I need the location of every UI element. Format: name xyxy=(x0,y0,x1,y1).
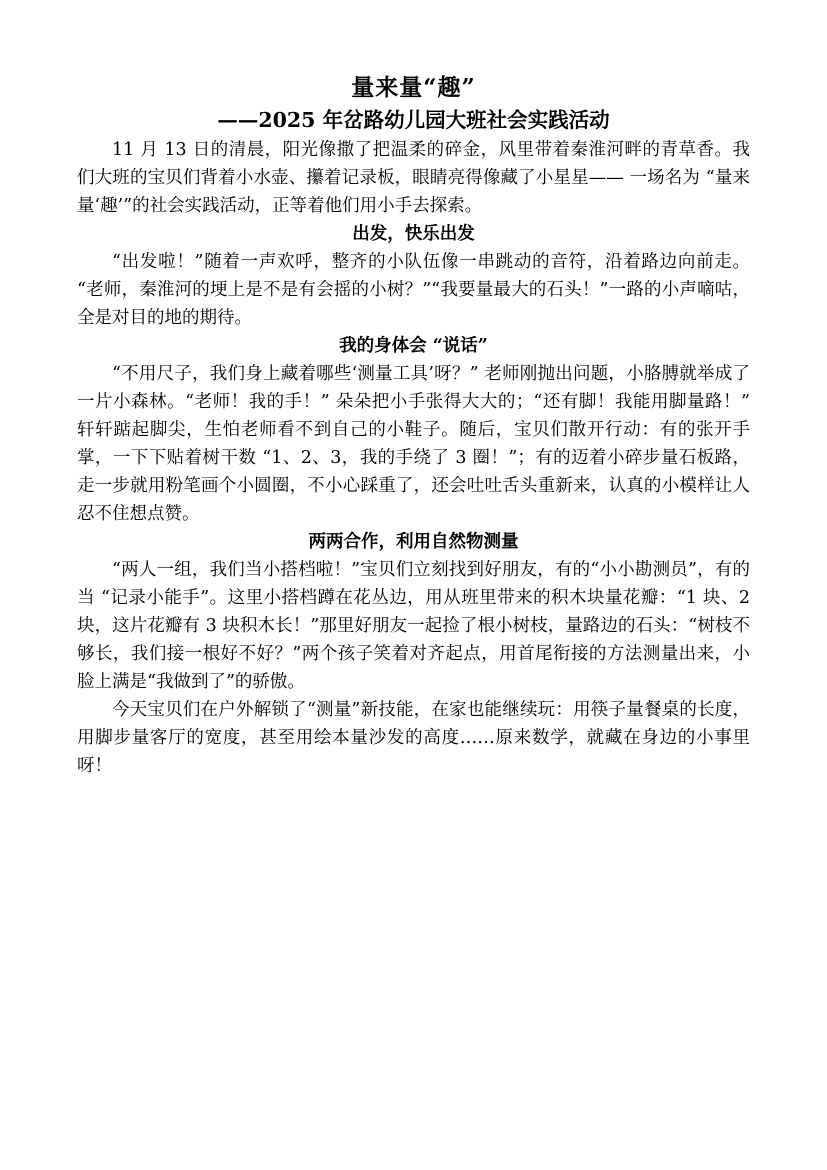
section-heading-departure: 出发，快乐出发 xyxy=(77,220,750,248)
document-page: 量来量“趣” ——2025 年岔路幼儿园大班社会实践活动 11 月 13 日的清… xyxy=(0,0,827,1170)
paragraph-intro: 11 月 13 日的清晨，阳光像撒了把温柔的碎金，风里带着秦淮河畔的青草香。我们… xyxy=(77,136,750,220)
doc-subtitle: ——2025 年岔路幼儿园大班社会实践活动 xyxy=(77,104,750,136)
paragraph-body-measure: “不用尺子，我们身上藏着哪些‘测量工具’呀？” 老师刚抛出问题，小胳膊就举成了一… xyxy=(77,360,750,528)
doc-title: 量来量“趣” xyxy=(77,72,750,104)
paragraph-closing: 今天宝贝们在户外解锁了“测量”新技能，在家也能继续玩：用筷子量餐桌的长度，用脚步… xyxy=(77,696,750,780)
paragraph-departure: “出发啦！”随着一声欢呼，整齐的小队伍像一串跳动的音符，沿着路边向前走。“老师，… xyxy=(77,248,750,332)
section-heading-pair-measure: 两两合作，利用自然物测量 xyxy=(77,528,750,556)
section-heading-body-measure: 我的身体会 “说话” xyxy=(77,332,750,360)
paragraph-pair-measure: “两人一组，我们当小搭档啦！”宝贝们立刻找到好朋友，有的“小小勘测员”，有的当 … xyxy=(77,556,750,696)
